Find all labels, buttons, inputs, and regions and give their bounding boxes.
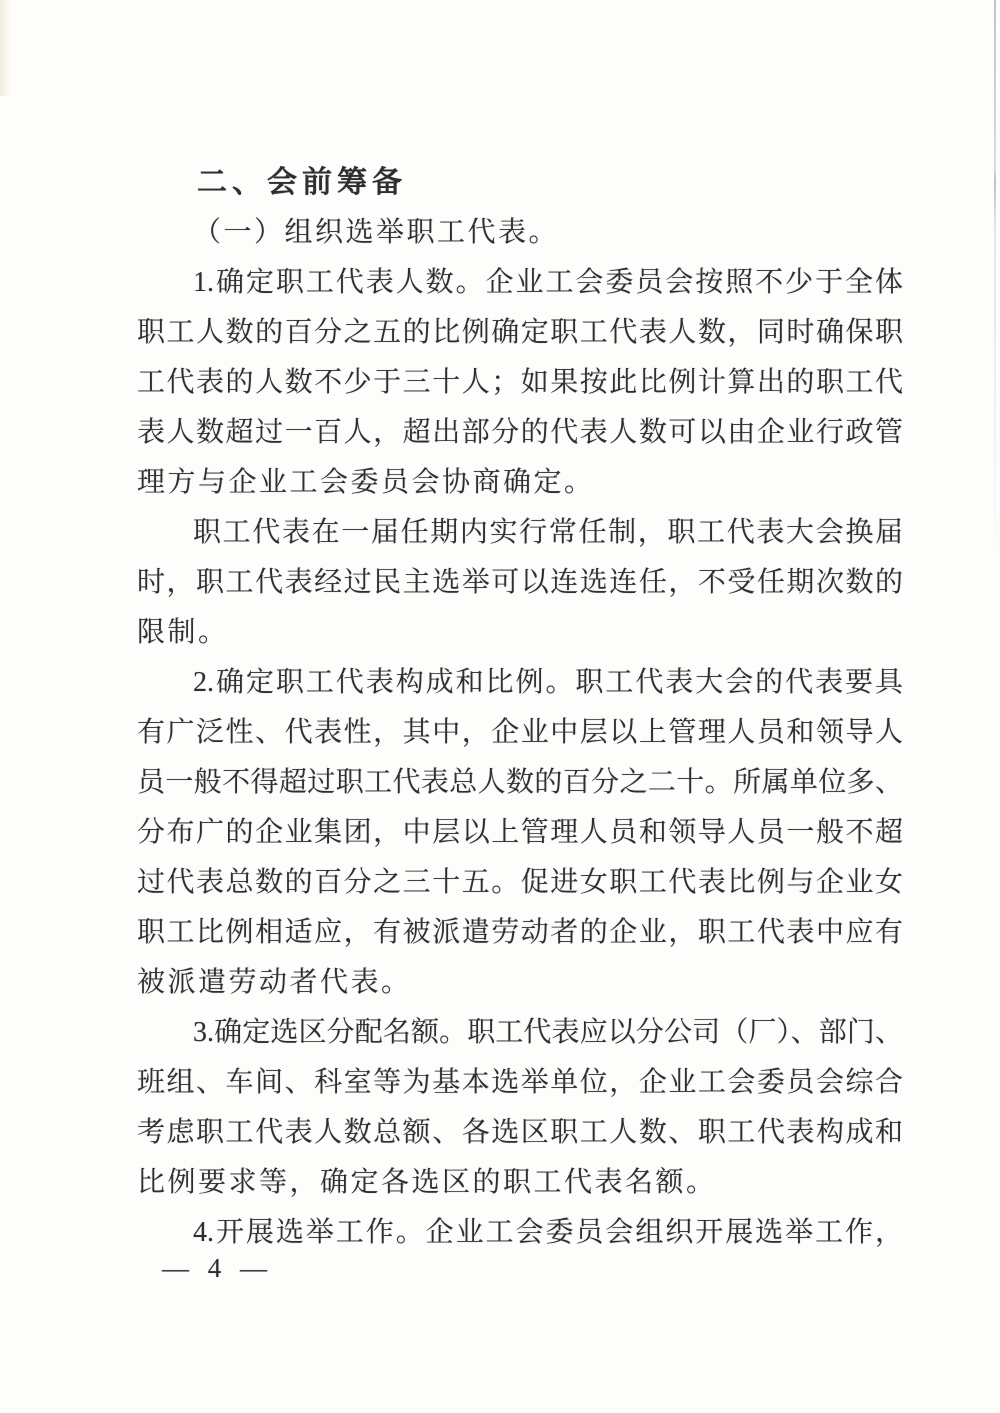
text-line: 限制。 — [137, 608, 903, 658]
text-line: 考虑职工代表人数总额、各选区职工人数、职工代表构成和 — [137, 1108, 903, 1158]
scan-edge-artifact-right — [994, 0, 996, 565]
text-line: 比例要求等，确定各选区的职工代表名额。 — [137, 1158, 903, 1208]
page-number: — 4 — — [162, 1253, 273, 1284]
text-line: 理方与企业工会委员会协商确定。 — [137, 458, 903, 508]
text-line: 职工人数的百分之五的比例确定职工代表人数，同时确保职 — [137, 308, 903, 358]
document-page: 二、会前筹备（一）组织选举职工代表。1.确定职工代表人数。企业工会委员会按照不少… — [0, 0, 1000, 1413]
text-line: 职工比例相适应，有被派遣劳动者的企业，职工代表中应有 — [137, 908, 903, 958]
text-line: 被派遣劳动者代表。 — [137, 958, 903, 1008]
section-heading: 二、会前筹备 — [137, 158, 903, 208]
text-line: 1.确定职工代表人数。企业工会委员会按照不少于全体 — [137, 258, 903, 308]
text-line: 有广泛性、代表性，其中，企业中层以上管理人员和领导人 — [137, 708, 903, 758]
text-line: 分布广的企业集团，中层以上管理人员和领导人员一般不超 — [137, 808, 903, 858]
text-line: 员一般不得超过职工代表总人数的百分之二十。所属单位多、 — [137, 758, 903, 808]
text-line: 工代表的人数不少于三十人；如果按此比例计算出的职工代 — [137, 358, 903, 408]
text-line: 2.确定职工代表构成和比例。职工代表大会的代表要具 — [137, 658, 903, 708]
scan-edge-artifact-left — [0, 0, 10, 96]
text-line: 4.开展选举工作。企业工会委员会组织开展选举工作， — [137, 1208, 903, 1258]
text-line: 时，职工代表经过民主选举可以连选连任，不受任期次数的 — [137, 558, 903, 608]
text-line: 过代表总数的百分之三十五。促进女职工代表比例与企业女 — [137, 858, 903, 908]
document-body: 二、会前筹备（一）组织选举职工代表。1.确定职工代表人数。企业工会委员会按照不少… — [137, 158, 903, 1258]
text-line: 班组、车间、科室等为基本选举单位，企业工会委员会综合 — [137, 1058, 903, 1108]
text-line: 表人数超过一百人，超出部分的代表人数可以由企业行政管 — [137, 408, 903, 458]
text-line: 3.确定选区分配名额。职工代表应以分公司（厂）、部门、 — [137, 1008, 903, 1058]
text-line: （一）组织选举职工代表。 — [137, 208, 903, 258]
text-line: 职工代表在一届任期内实行常任制，职工代表大会换届 — [137, 508, 903, 558]
